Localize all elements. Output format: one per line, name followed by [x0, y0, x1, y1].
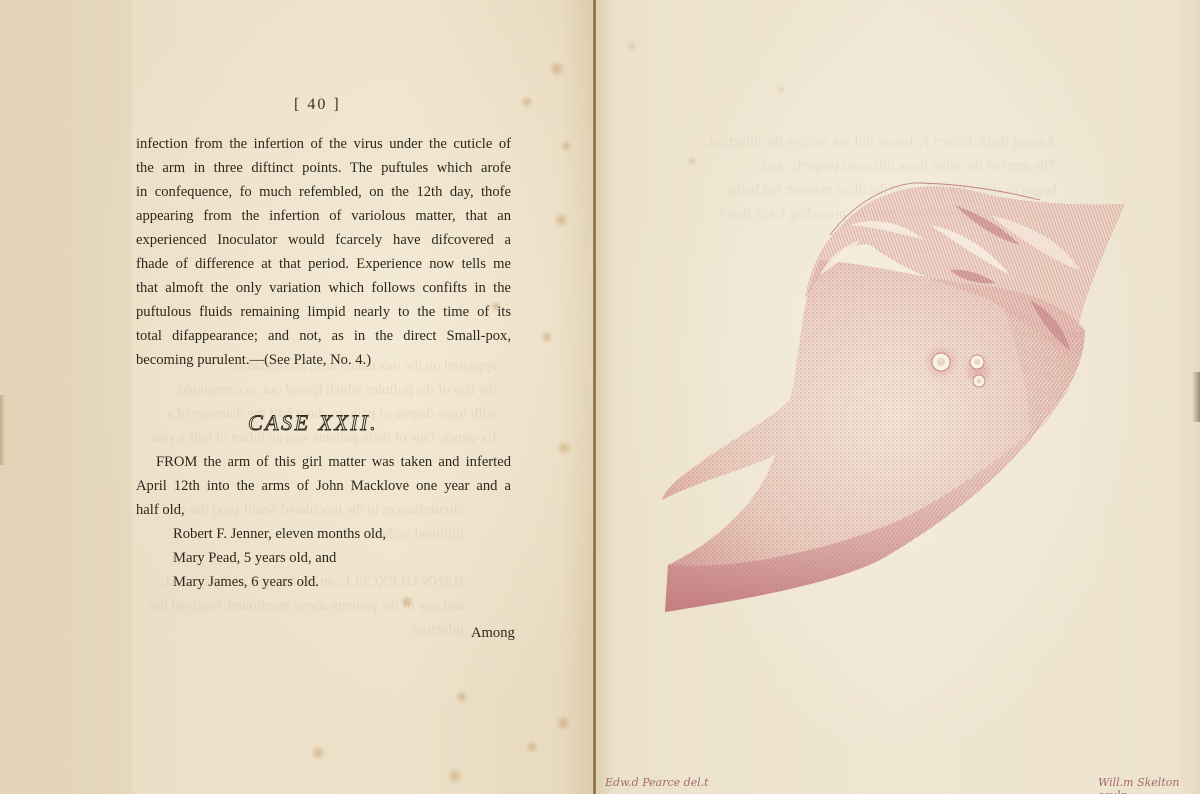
foxing-spot [553, 212, 569, 228]
text-line: total difappearance; and not, as in the … [136, 324, 511, 348]
patient-entry: Mary James, 6 years old. [173, 570, 386, 594]
foxing-spot [560, 140, 572, 152]
foxing-spot [455, 690, 469, 704]
patient-entry: Robert F. Jenner, eleven months old, [173, 522, 386, 546]
foxing-spot [520, 95, 534, 109]
foxing-spot [556, 440, 572, 456]
pustule-small-lower [973, 375, 985, 387]
scan-band [0, 0, 132, 794]
catchword: Among [471, 625, 515, 642]
engraver-credit: Will.m Skelton sculp. [1098, 776, 1200, 794]
pustule-small-upper [970, 355, 984, 369]
foxing-spot [310, 745, 326, 761]
text-line: in confequence, fo much refembled, on th… [136, 180, 511, 204]
text-line: April 12th into the arms of John Macklov… [136, 474, 511, 498]
text-line: becoming purulent.—(See Plate, No. 4.) [136, 348, 511, 372]
text-line: FROM the arm of this girl matter was tak… [136, 450, 511, 474]
text-line: half old, [136, 498, 511, 522]
page-edge-shadow [0, 395, 5, 465]
bleed-line: and one of the patients above mentioned,… [150, 594, 464, 618]
left-page: appeared on the inoculated arm, accompan… [0, 0, 594, 794]
draughtsman-credit: Edw.d Pearce del.t [605, 776, 709, 789]
pustule-large [932, 353, 950, 371]
text-line: that almoft the only variation which fol… [136, 276, 511, 300]
text-line: infection from the infertion of the viru… [136, 132, 511, 156]
bleed-line: the fize of the puftules which fpread ou… [150, 378, 497, 402]
foxing-spot [626, 40, 638, 52]
foxing-spot [555, 715, 571, 731]
paragraph-case-xxi-conclusion: infection from the infertion of the viru… [136, 132, 511, 372]
foxing-spot [525, 740, 539, 754]
foxing-spot [445, 768, 465, 784]
text-line: puftulous fluids remaining limpid nearly… [136, 300, 511, 324]
arm-engraving-plate [600, 150, 1160, 630]
book-spread: appeared on the inoculated arm, accompan… [0, 0, 1200, 794]
bleed-line: infection [150, 618, 464, 642]
text-line: fhade of difference at that period. Expe… [136, 252, 511, 276]
text-line: appearing from the infertion of variolou… [136, 204, 511, 228]
case-heading: CASE XXII. [248, 410, 378, 436]
text-line: the arm in three diftinct points. The pu… [136, 156, 511, 180]
foxing-spot [776, 85, 786, 95]
patient-entry: Mary Pead, 5 years old, and [173, 546, 386, 570]
foxing-spot [548, 60, 566, 78]
page-number: [ 40 ] [294, 96, 341, 114]
foxing-spot [540, 330, 554, 344]
patient-list: Robert F. Jenner, eleven months old, Mar… [173, 522, 386, 594]
page-edge-tab [1192, 372, 1200, 422]
text-line: experienced Inoculator would fcarcely ha… [136, 228, 511, 252]
paragraph-case-xxii: FROM the arm of this girl matter was tak… [136, 450, 511, 522]
